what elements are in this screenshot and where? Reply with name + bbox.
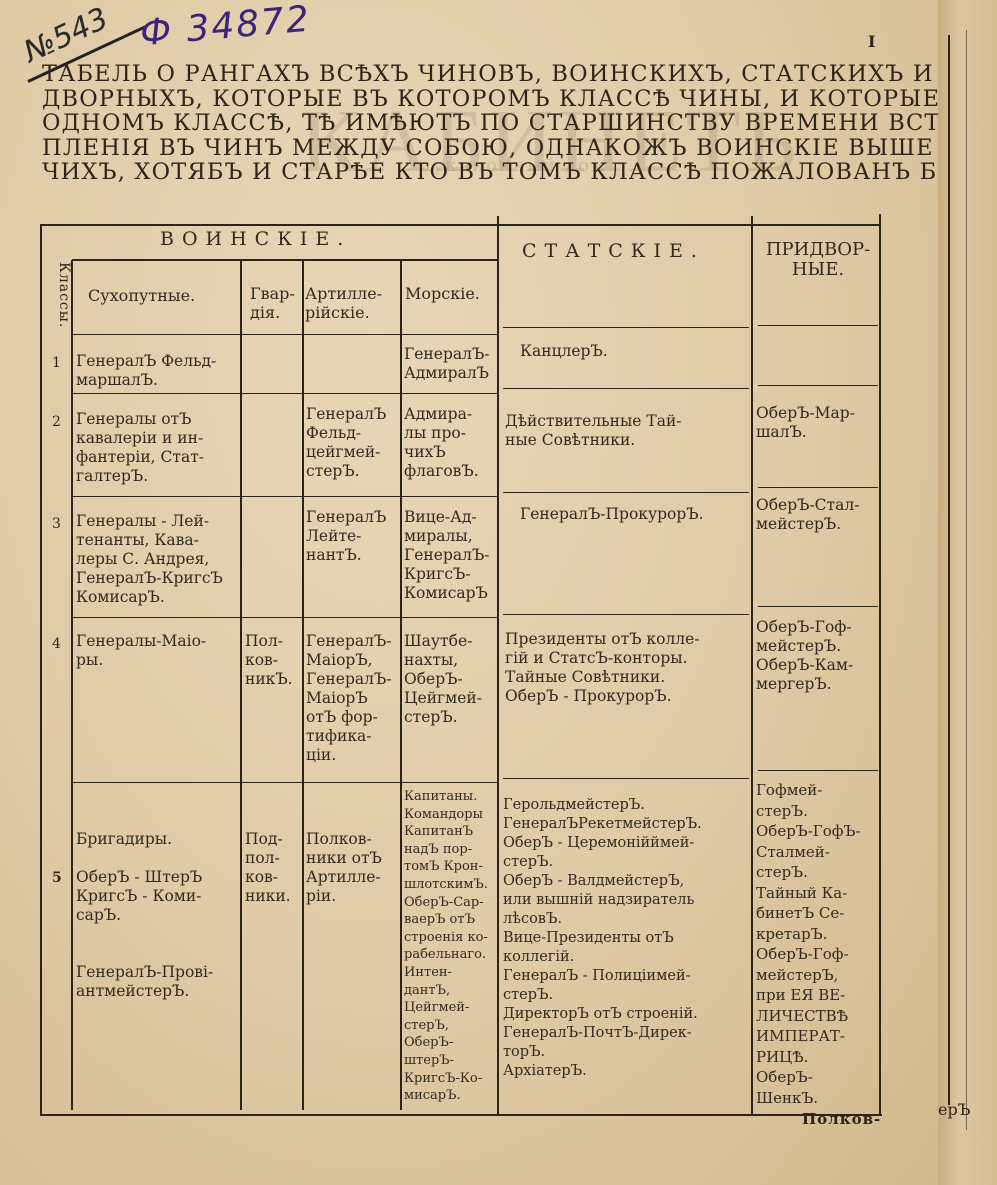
title-line: ОДНОМЪ КЛАССѢ, ТѢ ИМѢЮТЪ ПО СТАРШИНСТВУ …	[42, 111, 892, 136]
row-divider	[758, 325, 878, 326]
row-divider	[72, 617, 497, 618]
cell-civil: ГерольдмейстерЪ. ГенералЪРекетмейстерЪ. …	[503, 796, 753, 1081]
cell-civil: Президенты отЪ колле- гій и СтатсЪ-конто…	[505, 630, 750, 706]
cell-artillery: ГенералЪ Лейте- нантЪ.	[306, 508, 401, 565]
cell-naval: Капитаны. Командоры КапитанЪ надЪ пор- т…	[404, 788, 499, 1105]
fond-number: Ф 34872	[139, 0, 313, 54]
title-line: ПЛЕНІЯ ВЪ ЧИНЪ МЕЖДУ СОБОЮ, ОДНАКОЖЪ ВОИ…	[42, 136, 892, 161]
row-divider	[758, 770, 878, 771]
header-court: ПРИДВОР- НЫЕ.	[758, 240, 878, 280]
cell-court: ОберЪ-Стал- мейстерЪ.	[756, 496, 878, 534]
class-number: 5	[52, 870, 62, 886]
column-divider	[240, 260, 242, 1110]
class-number: 1	[52, 355, 61, 371]
cell-naval: ГенералЪ- АдмиралЪ	[404, 345, 499, 383]
header-land: Сухопутные.	[88, 286, 195, 305]
table-border-right	[879, 214, 881, 1114]
cell-naval: Шаутбе- нахты, ОберЪ- Цейгмей- стерЪ.	[404, 632, 499, 727]
inventory-number: №543	[19, 1, 114, 70]
row-divider	[758, 385, 878, 386]
table-border-top	[40, 224, 880, 226]
cell-civil: Дѣйствительные Тай- ные Совѣтники.	[505, 412, 750, 450]
header-artillery: Артилле- рійскіе.	[305, 284, 382, 322]
cell-artillery: ГенералЪ- МаіорЪ, ГенералЪ- МаіорЪ отЪ ф…	[306, 632, 401, 765]
document-page: №543 Ф 34872 I КАБИНЕТЬ аукционный дом Т…	[0, 0, 940, 1185]
row-divider	[503, 614, 749, 615]
title-line: ТАБЕЛЬ О РАНГАХЪ ВСѢХЪ ЧИНОВЪ, ВОИНСКИХЪ…	[42, 62, 892, 87]
cell-guard: Пол- ков- никЪ.	[245, 632, 303, 689]
page-number: I	[868, 32, 875, 51]
title-line: ЧИХЪ, ХОТЯБЪ И СТАРѢЕ КТО ВЪ ТОМЪ КЛАССѢ…	[42, 160, 892, 185]
row-divider	[72, 334, 497, 335]
cell-land: Генералы отЪ кавалеріи и ин- фантеріи, С…	[76, 410, 240, 486]
adjacent-page-rule	[948, 35, 950, 1105]
cell-civil: КанцлерЪ.	[520, 342, 608, 361]
class-number: 4	[52, 636, 61, 652]
cell-naval: Вице-Ад- миралы, ГенералЪ- КригсЪ- Комис…	[404, 508, 499, 603]
cell-artillery: Полков- ники отЪ Артилле- ріи.	[306, 830, 401, 906]
row-divider	[503, 492, 749, 493]
cell-artillery: ГенералЪ Фельд- цейгмей- стерЪ.	[306, 405, 401, 481]
adjacent-page-edge	[938, 0, 997, 1185]
row-divider	[72, 782, 497, 783]
row-divider	[758, 487, 878, 488]
row-divider	[72, 496, 497, 497]
header-civil: СТАТСКІЕ.	[522, 242, 705, 261]
header-military: ВОИНСКІЕ.	[160, 230, 351, 249]
class-number: 3	[52, 516, 61, 532]
header-divider	[72, 259, 497, 261]
header-classes: Классы.	[56, 262, 72, 328]
row-divider	[503, 778, 749, 779]
document-title: ТАБЕЛЬ О РАНГАХЪ ВСѢХЪ ЧИНОВЪ, ВОИНСКИХЪ…	[42, 62, 892, 185]
cell-guard: Под- пол- ков- ники.	[245, 830, 303, 906]
row-divider	[503, 327, 749, 328]
cell-land: Генералы-Маіо- ры.	[76, 632, 240, 670]
header-naval: Морскіе.	[405, 284, 480, 303]
cell-court: ОберЪ-Мар- шалЪ.	[756, 404, 878, 442]
row-divider	[503, 388, 749, 389]
header-guard: Гвар- дія.	[250, 284, 295, 322]
class-column-divider	[71, 260, 73, 1110]
row-divider	[72, 393, 497, 394]
table-border-left	[40, 224, 42, 1116]
class-number: 2	[52, 414, 61, 430]
cell-land: ГенералЪ Фельд- маршалЪ.	[76, 352, 240, 390]
catchword: Полков-	[802, 1110, 881, 1128]
adjacent-page-text: ерЪ	[938, 1100, 970, 1119]
cell-land: Бригадиры. ОберЪ - ШтерЪ КригсЪ - Коми- …	[76, 830, 240, 1001]
cell-land: Генералы - Лей- тенанты, Кава- леры С. А…	[76, 512, 240, 607]
cell-civil: ГенералЪ-ПрокурорЪ.	[520, 505, 704, 524]
cell-naval: Адмира- лы про- чихЪ флаговЪ.	[404, 405, 499, 481]
row-divider	[758, 606, 878, 607]
adjacent-page-rule	[966, 30, 967, 1130]
cell-court: Гофмей- стерЪ. ОберЪ-ГофЪ- Сталмей- стер…	[756, 780, 878, 1108]
table-border-bottom	[40, 1114, 882, 1116]
title-line: ДВОРНЫХЪ, КОТОРЫЕ ВЪ КОТОРОМЪ КЛАССѢ ЧИН…	[42, 87, 892, 112]
cell-court: ОберЪ-Гоф- мейстерЪ. ОберЪ-Кам- мергерЪ.	[756, 618, 878, 694]
